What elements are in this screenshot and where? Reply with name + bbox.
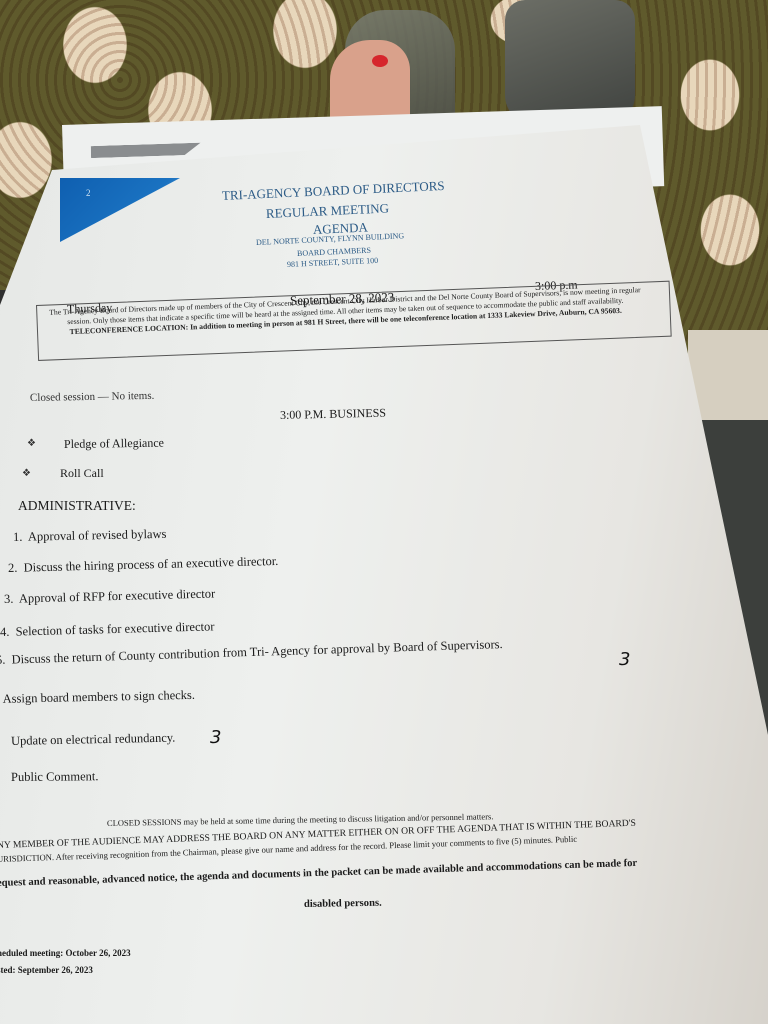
item-label: Update on electrical redundancy. bbox=[11, 731, 176, 748]
handwritten-mark: 3 bbox=[210, 727, 221, 748]
posted-date: sted: September 26, 2023 bbox=[0, 965, 93, 975]
accommodations-notice-end: disabled persons. bbox=[304, 898, 382, 910]
agenda-page bbox=[0, 125, 768, 1024]
next-meeting: heduled meeting: October 26, 2023 bbox=[0, 948, 131, 958]
diamond-bullet-icon: ❖ bbox=[22, 468, 31, 479]
item-number: 5. bbox=[0, 653, 6, 667]
item-label: Public Comment. bbox=[11, 769, 99, 784]
closed-session-note: Closed session — No items. bbox=[30, 390, 155, 404]
diamond-bullet-icon: ❖ bbox=[27, 438, 36, 449]
item-number: 3. bbox=[4, 592, 14, 606]
handwritten-mark: 3 bbox=[619, 649, 630, 670]
opening-item: Roll Call bbox=[60, 466, 104, 481]
item-label: Assign board members to sign checks. bbox=[3, 688, 196, 706]
back-sheet-logo bbox=[91, 143, 201, 158]
item-number: 2. bbox=[8, 561, 18, 575]
business-heading: 3:00 P.M. BUSINESS bbox=[280, 406, 386, 423]
opening-item: Pledge of Allegiance bbox=[64, 436, 164, 452]
painted-toenail bbox=[372, 55, 388, 67]
sandal-right bbox=[505, 0, 635, 125]
page-number: 2 bbox=[86, 188, 91, 198]
section-heading: ADMINISTRATIVE: bbox=[18, 498, 136, 514]
item-number: 4. bbox=[0, 625, 10, 639]
agenda-item: Public Comment. bbox=[11, 769, 99, 785]
item-number: 1. bbox=[13, 530, 23, 544]
item-label: Approval of revised bylaws bbox=[28, 527, 167, 544]
agenda-item: 1. Approval of revised bylaws bbox=[13, 527, 167, 545]
